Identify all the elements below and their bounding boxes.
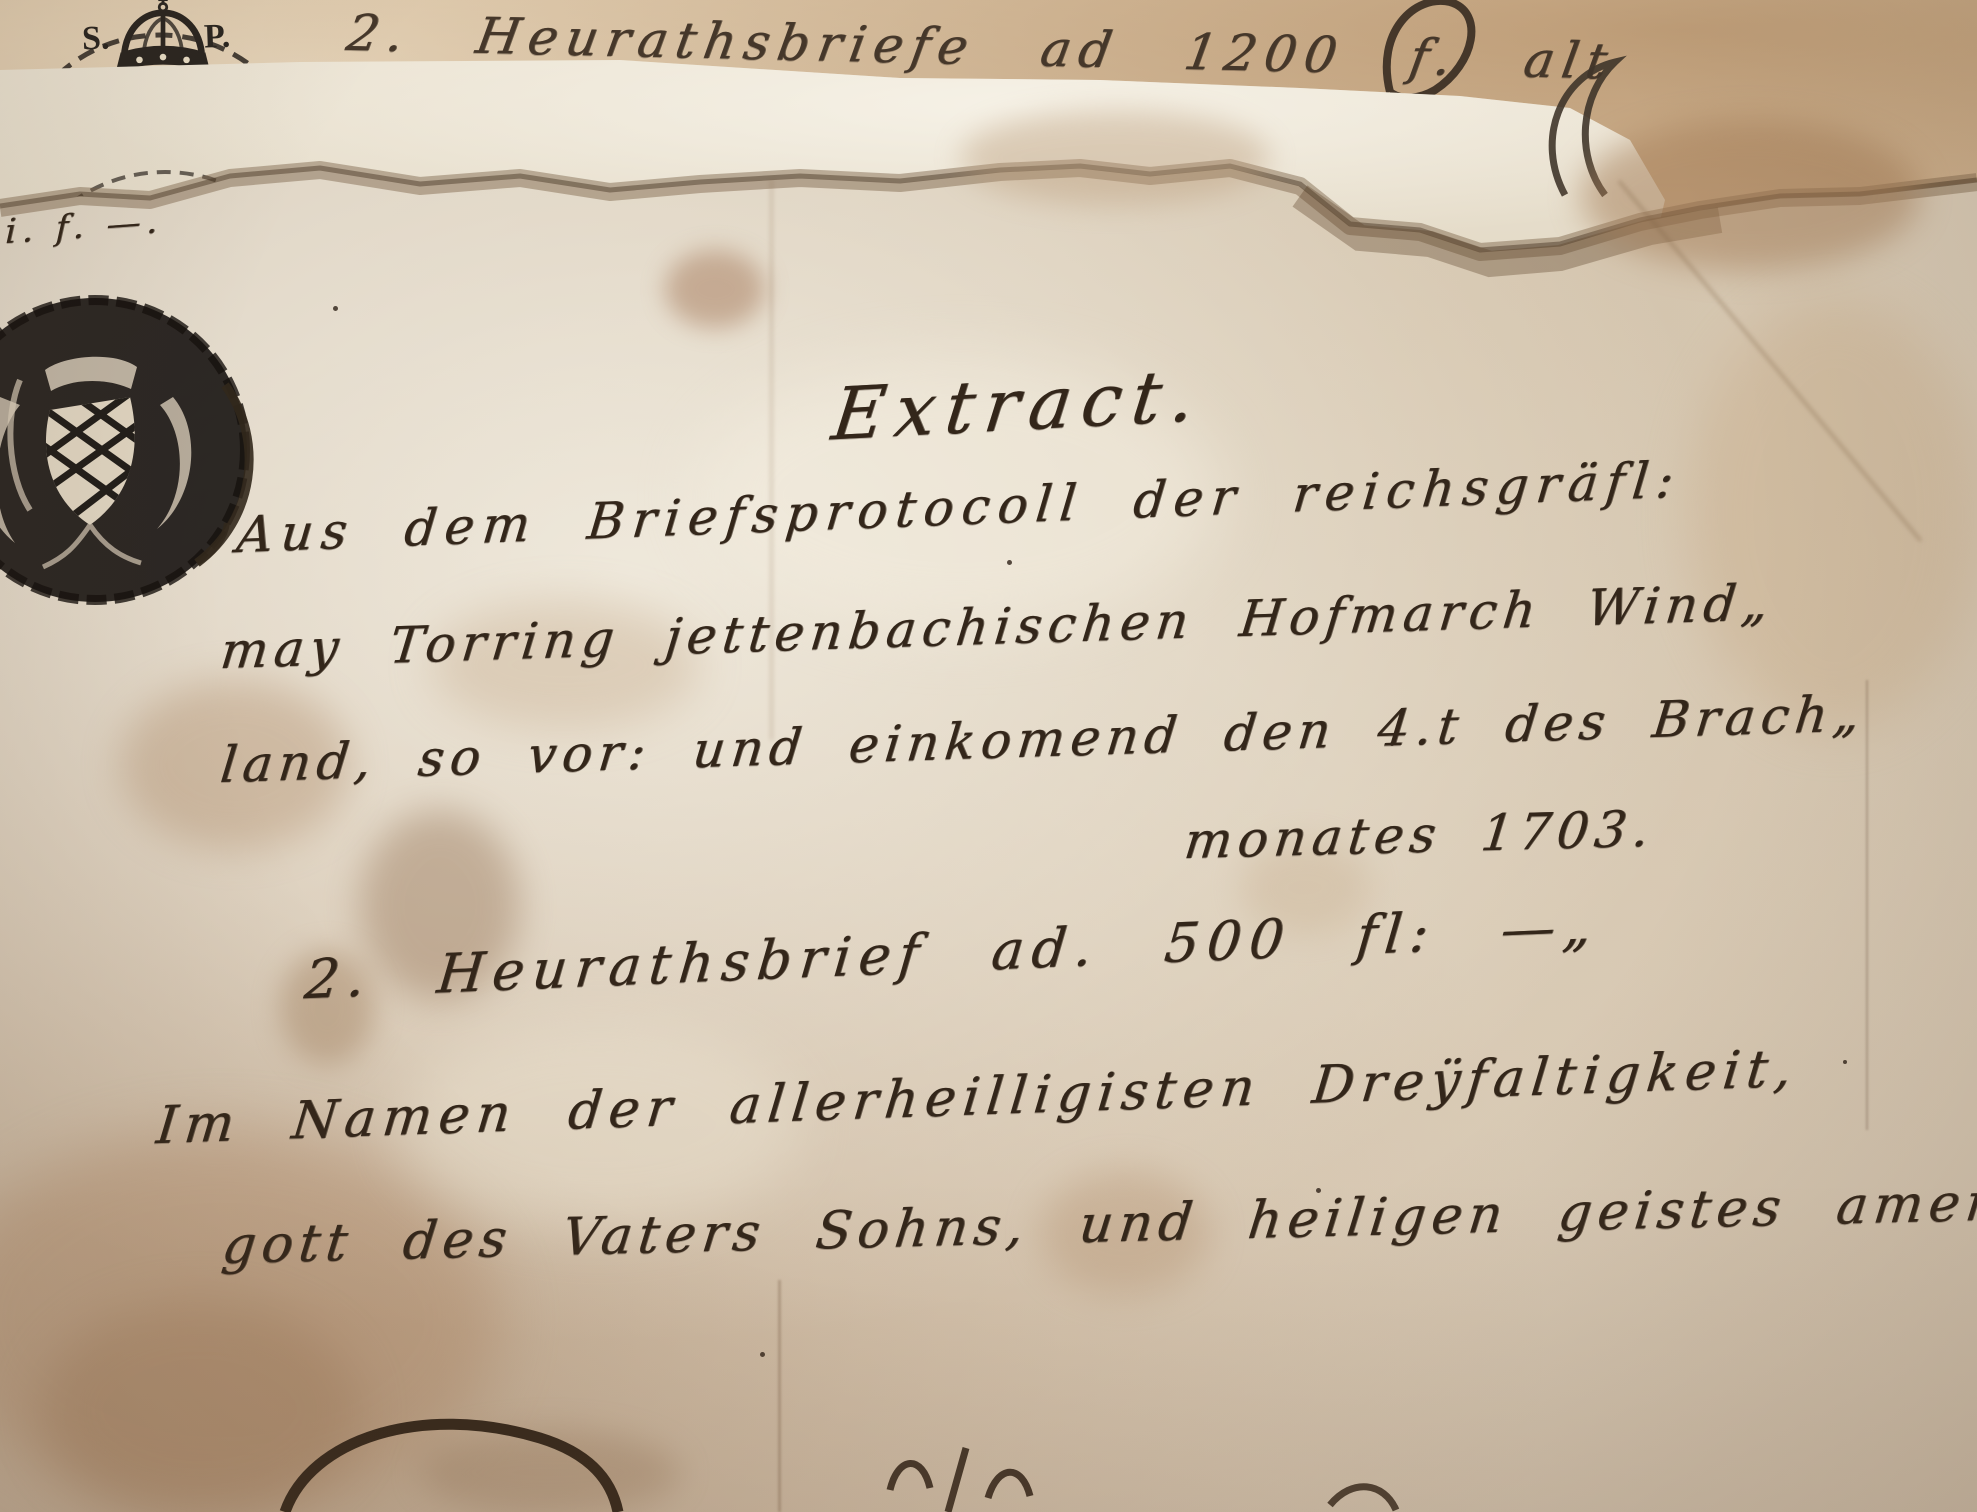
underlayer-ink-flourish [1520,50,1660,200]
ink-speck [1007,560,1012,565]
ink-speck [333,306,338,311]
ink-speck [760,1352,765,1357]
coat-of-arms-seal-stamp [0,285,305,635]
ink-speck [1843,1060,1847,1064]
document-photo: S. P. 2. Heurathsbriefe ad 1200 f. alt [0,0,1977,1512]
bottom-cutoff-line-flourish [0,1390,1977,1512]
